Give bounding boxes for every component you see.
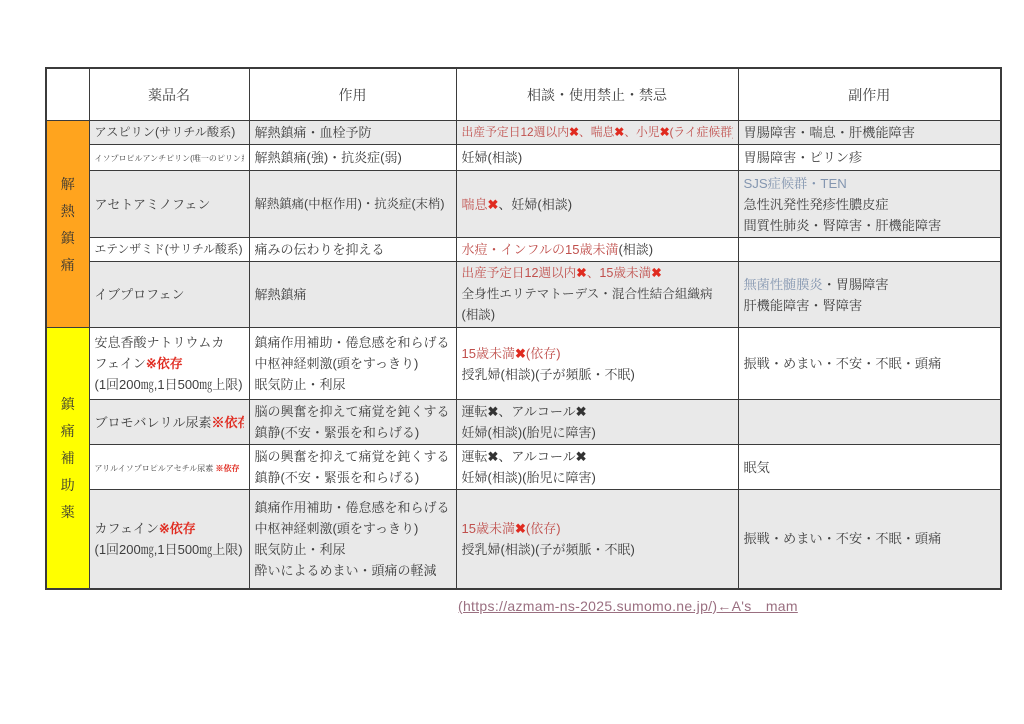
header-side-effects: 副作用 [738, 68, 1001, 121]
text-segment: 妊婦(相談)(胎児に障害) [462, 425, 596, 440]
text-segment: 喘息 [462, 197, 488, 212]
text-segment: アセトアミノフェン [95, 197, 211, 212]
text-line: 喘息✖、妊婦(相談) [462, 194, 733, 215]
text-segment: (1回200㎎,1日500㎎上限) [95, 377, 243, 392]
text-segment: 急性汎発性発疹性膿皮症 [744, 197, 889, 212]
header-drug-name: 薬品名 [89, 68, 249, 121]
text-line: 脳の興奮を抑えて痛覚を鈍くする [255, 446, 451, 467]
text-segment: エテンザミド(サリチル酸系) [95, 242, 243, 256]
text-segment: 運転 [462, 449, 488, 464]
text-line: 鎮静(不安・緊張を和らげる) [255, 467, 451, 488]
text-line: アセトアミノフェン [95, 194, 244, 215]
text-segment: (依存) [526, 521, 561, 536]
text-line: イソプロピルアンチピリン(唯一のピリン系) [95, 146, 244, 169]
text-line: (1回200㎎,1日500㎎上限) [95, 374, 244, 395]
text-line: 間質性肺炎・腎障害・肝機能障害 [744, 215, 996, 236]
text-segment: アスピリン(サリチル酸系) [95, 125, 236, 139]
text-segment: 、アルコール [498, 449, 575, 464]
category-label-char: 薬 [61, 502, 75, 522]
text-line: 肝機能障害・腎障害 [744, 295, 996, 316]
text-segment: SJS症候群・TEN [744, 176, 847, 191]
text-segment: 出産予定日12週以内 [462, 125, 570, 139]
medication-table: 薬品名 作用 相談・使用禁止・禁忌 副作用 解熱鎮痛アスピリン(サリチル酸系)解… [45, 67, 1002, 590]
text-segment: 痛みの伝わりを抑える [255, 242, 385, 257]
text-segment: 15歳未満 [462, 346, 515, 361]
text-segment: 水痘・インフルの15歳未満 [462, 242, 619, 257]
side-effect-cell [738, 400, 1001, 445]
page: 薬品名 作用 相談・使用禁止・禁忌 副作用 解熱鎮痛アスピリン(サリチル酸系)解… [0, 0, 1024, 724]
text-line: 安息香酸ナトリウムカ [95, 332, 244, 353]
text-segment: 間質性肺炎・腎障害・肝機能障害 [744, 218, 942, 233]
text-segment: 解熱鎮痛(強)・抗炎症(弱) [255, 150, 402, 165]
text-segment: アリルイソプロピルアセチル尿素 [95, 464, 216, 473]
table-row: 解熱鎮痛アスピリン(サリチル酸系)解熱鎮痛・血栓予防出産予定日12週以内✖、喘息… [46, 121, 1001, 145]
consult-cell: 出産予定日12週以内✖、15歳未満✖全身性エリテマトーデス・混合性結合組織病(相… [456, 262, 738, 328]
category-label-char: 解 [61, 174, 75, 194]
consult-cell: 運転✖、アルコール✖妊婦(相談)(胎児に障害) [456, 445, 738, 490]
text-segment: ・胃腸障害 [823, 277, 889, 292]
text-segment: イブプロフェン [95, 287, 185, 302]
text-line: 眠気防止・利尿 [255, 539, 451, 560]
text-segment: 肝機能障害・腎障害 [744, 298, 863, 313]
action-cell: 鎮痛作用補助・倦怠感を和らげる中枢神経刺激(頭をすっきり)眠気防止・利尿 [249, 328, 456, 400]
text-line: 水痘・インフルの15歳未満(相談) [462, 239, 733, 260]
text-segment: 脳の興奮を抑えて痛覚を鈍くする [255, 449, 450, 464]
text-line: エテンザミド(サリチル酸系) [95, 239, 244, 260]
text-segment: 眠気防止・利尿 [255, 377, 346, 392]
drug-name-cell: 安息香酸ナトリウムカフェイン※依存(1回200㎎,1日500㎎上限) [89, 328, 249, 400]
text-segment: フェイン [95, 356, 146, 371]
header-consult: 相談・使用禁止・禁忌 [456, 68, 738, 121]
text-segment: 鎮静(不安・緊張を和らげる) [255, 470, 420, 485]
x-mark: ✖ [569, 125, 579, 139]
text-segment: 振戦・めまい・不安・不眠・頭痛 [744, 531, 942, 546]
consult-cell: 15歳未満✖(依存)授乳婦(相談)(子が頻脈・不眠) [456, 490, 738, 589]
text-segment: (ライ症候群) [669, 125, 732, 139]
text-line: 脳の興奮を抑えて痛覚を鈍くする [255, 401, 451, 422]
table-row: ブロモバレリル尿素※依存脳の興奮を抑えて痛覚を鈍くする鎮静(不安・緊張を和らげる… [46, 400, 1001, 445]
text-segment: 解熱鎮痛(中枢作用)・抗炎症(末梢) [255, 197, 445, 211]
text-segment: 解熱鎮痛・血栓予防 [255, 125, 372, 140]
header-row: 薬品名 作用 相談・使用禁止・禁忌 副作用 [46, 68, 1001, 121]
table-row: イブプロフェン解熱鎮痛出産予定日12週以内✖、15歳未満✖全身性エリテマトーデス… [46, 262, 1001, 328]
category-label-char: 熱 [61, 201, 75, 221]
text-segment: 授乳婦(相談)(子が頻脈・不眠) [462, 367, 635, 382]
category-label-char: 補 [61, 448, 75, 468]
text-line: イブプロフェン [95, 284, 244, 305]
action-cell: 解熱鎮痛・血栓予防 [249, 121, 456, 145]
drug-name-cell: アスピリン(サリチル酸系) [89, 121, 249, 145]
source-link[interactable]: (https://azmam-ns-2025.sumomo.ne.jp/)←A'… [458, 596, 798, 616]
text-segment: 、小児 [624, 125, 659, 139]
consult-cell: 喘息✖、妊婦(相談) [456, 171, 738, 238]
category-label-char: 痛 [61, 421, 75, 441]
drug-name-cell: イソプロピルアンチピリン(唯一のピリン系) [89, 145, 249, 171]
text-segment: 胃腸障害・喘息・肝機能障害 [744, 125, 915, 140]
text-segment: 15歳未満 [462, 521, 515, 536]
table-row: アリルイソプロピルアセチル尿素 ※依存脳の興奮を抑えて痛覚を鈍くする鎮静(不安・… [46, 445, 1001, 490]
header-corner-cell [46, 68, 89, 121]
text-segment: ※依存 [159, 521, 196, 536]
text-line: 解熱鎮痛(強)・抗炎症(弱) [255, 147, 451, 168]
text-line: 痛みの伝わりを抑える [255, 239, 451, 260]
text-line: 妊婦(相談)(胎児に障害) [462, 467, 733, 488]
text-line: 酔いによるめまい・頭痛の軽減 [255, 560, 451, 581]
drug-name-cell: アセトアミノフェン [89, 171, 249, 238]
text-segment: 妊婦(相談)(胎児に障害) [462, 470, 596, 485]
text-line: アスピリン(サリチル酸系) [95, 122, 244, 143]
text-line: 解熱鎮痛 [255, 284, 451, 305]
text-line: 中枢神経刺激(頭をすっきり) [255, 353, 451, 374]
text-line: 出産予定日12週以内✖、喘息✖、小児✖(ライ症候群) [462, 122, 733, 143]
action-cell: 解熱鎮痛 [249, 262, 456, 328]
text-segment: 眠気 [744, 460, 770, 475]
action-cell: 解熱鎮痛(中枢作用)・抗炎症(末梢) [249, 171, 456, 238]
text-segment: (相談) [462, 308, 496, 322]
x-mark: ✖ [488, 449, 499, 464]
x-mark: ✖ [576, 449, 587, 464]
text-line: 15歳未満✖(依存) [462, 518, 733, 539]
text-line: 胃腸障害・喘息・肝機能障害 [744, 122, 996, 143]
text-segment: 振戦・めまい・不安・不眠・頭痛 [744, 356, 942, 371]
table-row: アセトアミノフェン解熱鎮痛(中枢作用)・抗炎症(末梢)喘息✖、妊婦(相談)SJS… [46, 171, 1001, 238]
consult-cell: 15歳未満✖(依存)授乳婦(相談)(子が頻脈・不眠) [456, 328, 738, 400]
text-line: カフェイン※依存 [95, 518, 244, 539]
action-cell: 解熱鎮痛(強)・抗炎症(弱) [249, 145, 456, 171]
action-cell: 脳の興奮を抑えて痛覚を鈍くする鎮静(不安・緊張を和らげる) [249, 400, 456, 445]
table-row: イソプロピルアンチピリン(唯一のピリン系)解熱鎮痛(強)・抗炎症(弱)妊婦(相談… [46, 145, 1001, 171]
text-segment: 授乳婦(相談)(子が頻脈・不眠) [462, 542, 635, 557]
text-segment: 出産予定日12週以内 [462, 266, 577, 280]
text-line: 振戦・めまい・不安・不眠・頭痛 [744, 528, 996, 549]
text-segment: 脳の興奮を抑えて痛覚を鈍くする [255, 404, 450, 419]
text-line: 15歳未満✖(依存) [462, 343, 733, 364]
text-line: 眠気防止・利尿 [255, 374, 451, 395]
side-effect-cell: 眠気 [738, 445, 1001, 490]
text-line: 鎮静(不安・緊張を和らげる) [255, 422, 451, 443]
category-label: 鎮痛補助薬 [47, 394, 89, 522]
x-mark: ✖ [576, 266, 587, 280]
x-mark: ✖ [515, 521, 526, 536]
side-effect-cell: 振戦・めまい・不安・不眠・頭痛 [738, 490, 1001, 589]
x-mark: ✖ [515, 346, 526, 361]
text-segment: 運転 [462, 404, 488, 419]
text-line: 妊婦(相談) [462, 147, 733, 168]
text-line: 振戦・めまい・不安・不眠・頭痛 [744, 353, 996, 374]
text-segment: (相談) [618, 242, 653, 257]
text-segment: 眠気防止・利尿 [255, 542, 346, 557]
text-segment: 無菌性髄膜炎 [744, 277, 823, 292]
text-segment: ※依存 [146, 356, 183, 371]
text-line: 出産予定日12週以内✖、15歳未満✖ [462, 263, 733, 284]
drug-name-cell: イブプロフェン [89, 262, 249, 328]
text-line: 中枢神経刺激(頭をすっきり) [255, 518, 451, 539]
side-effect-cell: 胃腸障害・喘息・肝機能障害 [738, 121, 1001, 145]
drug-name-cell: ブロモバレリル尿素※依存 [89, 400, 249, 445]
x-mark: ✖ [614, 125, 624, 139]
category-cell: 鎮痛補助薬 [46, 328, 89, 589]
text-line: 解熱鎮痛・血栓予防 [255, 122, 451, 143]
table-header: 薬品名 作用 相談・使用禁止・禁忌 副作用 [46, 68, 1001, 121]
side-effect-cell: 胃腸障害・ピリン疹 [738, 145, 1001, 171]
text-line: 鎮痛作用補助・倦怠感を和らげる [255, 497, 451, 518]
text-segment: 中枢神経刺激(頭をすっきり) [255, 521, 419, 536]
text-line: 運転✖、アルコール✖ [462, 446, 733, 467]
text-line: 妊婦(相談)(胎児に障害) [462, 422, 733, 443]
text-line: SJS症候群・TEN [744, 173, 996, 194]
text-segment: (依存) [526, 346, 561, 361]
table-row: エテンザミド(サリチル酸系)痛みの伝わりを抑える水痘・インフルの15歳未満(相談… [46, 238, 1001, 262]
action-cell: 脳の興奮を抑えて痛覚を鈍くする鎮静(不安・緊張を和らげる) [249, 445, 456, 490]
text-segment: ブロモバレリル尿素 [95, 415, 212, 430]
text-line: フェイン※依存 [95, 353, 244, 374]
action-cell: 痛みの伝わりを抑える [249, 238, 456, 262]
text-line: アリルイソプロピルアセチル尿素 ※依存 [95, 456, 244, 479]
text-segment: ※依存 [212, 415, 244, 430]
x-mark: ✖ [576, 404, 587, 419]
text-segment: 解熱鎮痛 [255, 287, 307, 302]
header-action: 作用 [249, 68, 456, 121]
table-row: 鎮痛補助薬安息香酸ナトリウムカフェイン※依存(1回200㎎,1日500㎎上限)鎮… [46, 328, 1001, 400]
side-effect-cell: SJS症候群・TEN急性汎発性発疹性膿皮症間質性肺炎・腎障害・肝機能障害 [738, 171, 1001, 238]
text-line: 解熱鎮痛(中枢作用)・抗炎症(末梢) [255, 194, 451, 215]
text-line: 急性汎発性発疹性膿皮症 [744, 194, 996, 215]
x-mark: ✖ [488, 197, 499, 212]
text-line: 鎮痛作用補助・倦怠感を和らげる [255, 332, 451, 353]
consult-cell: 妊婦(相談) [456, 145, 738, 171]
text-line: 全身性エリテマトーデス・混合性結合組織病 [462, 284, 733, 305]
drug-name-cell: カフェイン※依存(1回200㎎,1日500㎎上限) [89, 490, 249, 589]
text-segment: 、アルコール [498, 404, 575, 419]
table-body: 解熱鎮痛アスピリン(サリチル酸系)解熱鎮痛・血栓予防出産予定日12週以内✖、喘息… [46, 121, 1001, 589]
text-segment: 鎮痛作用補助・倦怠感を和らげる [255, 500, 450, 515]
text-segment: 酔いによるめまい・頭痛の軽減 [255, 563, 437, 578]
drug-name-cell: アリルイソプロピルアセチル尿素 ※依存 [89, 445, 249, 490]
category-label-char: 助 [61, 475, 75, 495]
text-line: 胃腸障害・ピリン疹 [744, 147, 996, 168]
table-row: カフェイン※依存(1回200㎎,1日500㎎上限)鎮痛作用補助・倦怠感を和らげる… [46, 490, 1001, 589]
text-segment: (1回200㎎,1日500㎎上限) [95, 542, 243, 557]
x-mark: ✖ [660, 125, 670, 139]
category-cell: 解熱鎮痛 [46, 121, 89, 328]
category-label-char: 痛 [61, 255, 75, 275]
drug-name-cell: エテンザミド(サリチル酸系) [89, 238, 249, 262]
text-segment: 妊婦(相談) [462, 150, 523, 165]
text-segment: ※依存 [216, 464, 240, 473]
category-label-char: 鎮 [61, 394, 75, 414]
consult-cell: 運転✖、アルコール✖妊婦(相談)(胎児に障害) [456, 400, 738, 445]
side-effect-cell: 無菌性髄膜炎・胃腸障害肝機能障害・腎障害 [738, 262, 1001, 328]
text-segment: 全身性エリテマトーデス・混合性結合組織病 [462, 287, 713, 301]
action-cell: 鎮痛作用補助・倦怠感を和らげる中枢神経刺激(頭をすっきり)眠気防止・利尿酔いによ… [249, 490, 456, 589]
text-line: ブロモバレリル尿素※依存 [95, 412, 244, 433]
text-segment: カフェイン [95, 521, 159, 536]
text-line: (相談) [462, 305, 733, 326]
x-mark: ✖ [488, 404, 499, 419]
text-segment: 鎮痛作用補助・倦怠感を和らげる [255, 335, 450, 350]
text-segment: 鎮静(不安・緊張を和らげる) [255, 425, 420, 440]
category-label: 解熱鎮痛 [47, 174, 89, 275]
side-effect-cell [738, 238, 1001, 262]
text-line: (1回200㎎,1日500㎎上限) [95, 539, 244, 560]
text-segment: 胃腸障害・ピリン疹 [744, 150, 863, 165]
text-line: 授乳婦(相談)(子が頻脈・不眠) [462, 539, 733, 560]
side-effect-cell: 振戦・めまい・不安・不眠・頭痛 [738, 328, 1001, 400]
text-segment: 、喘息 [579, 125, 614, 139]
consult-cell: 出産予定日12週以内✖、喘息✖、小児✖(ライ症候群) [456, 121, 738, 145]
text-line: 授乳婦(相談)(子が頻脈・不眠) [462, 364, 733, 385]
text-segment: 、15歳未満 [587, 266, 651, 280]
text-segment: 中枢神経刺激(頭をすっきり) [255, 356, 419, 371]
text-line: 運転✖、アルコール✖ [462, 401, 733, 422]
text-segment: 安息香酸ナトリウムカ [95, 335, 225, 350]
text-line: 無菌性髄膜炎・胃腸障害 [744, 274, 996, 295]
text-segment: イソプロピルアンチピリン(唯一のピリン系) [95, 154, 244, 163]
text-segment: 、妊婦(相談) [498, 197, 572, 212]
consult-cell: 水痘・インフルの15歳未満(相談) [456, 238, 738, 262]
text-line: 眠気 [744, 457, 996, 478]
category-label-char: 鎮 [61, 228, 75, 248]
x-mark: ✖ [651, 266, 662, 280]
